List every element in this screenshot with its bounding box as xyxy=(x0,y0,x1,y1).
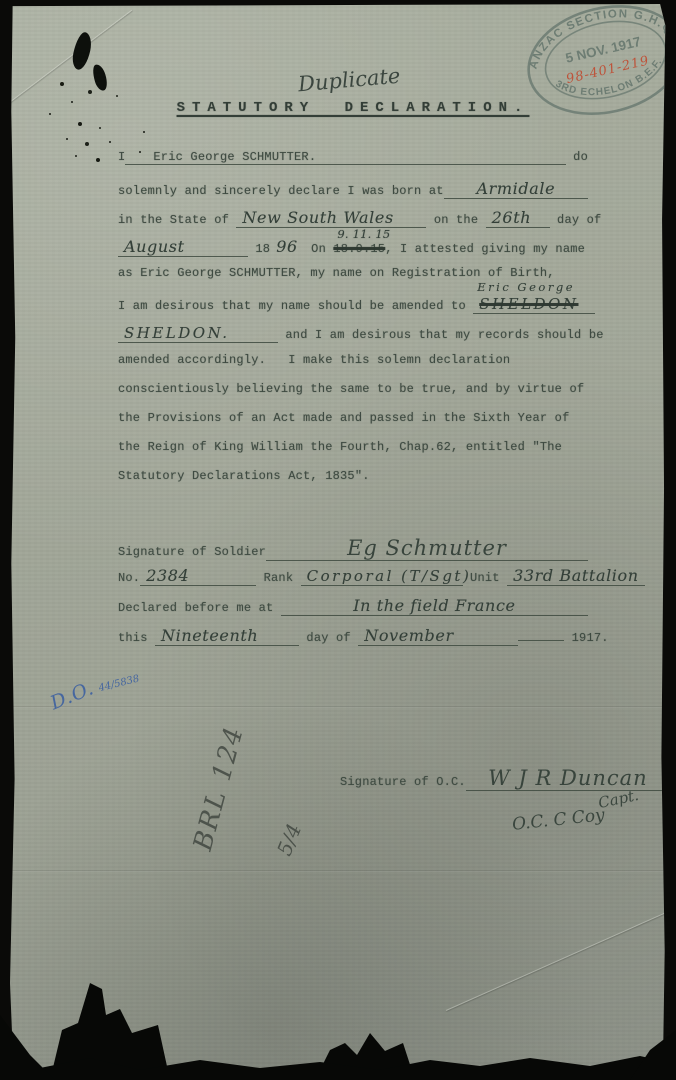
signature-block: Signature of SoldierEg SchmutterNo.2384 … xyxy=(118,536,588,656)
soldier-signature-label: Signature of Soldier xyxy=(118,545,266,559)
document-line: Statutory Declarations Act, 1835". xyxy=(118,469,588,498)
pronoun-typed: I xyxy=(118,150,125,164)
struck-amended-name: SHELDONEric George xyxy=(473,295,595,314)
declarant-name-entry: Eric George SCHMUTTER. xyxy=(125,150,565,165)
typed-text: I am desirous that my name should be ame… xyxy=(118,299,473,313)
document-line: No.2384 Rank Corporal (T/Sgt) Unit 33rd … xyxy=(118,566,588,596)
document-title: STATUTORY DECLARATION. xyxy=(10,100,666,116)
oc-company-note: O.C. C Coy xyxy=(511,805,605,835)
ink-blot xyxy=(90,63,109,92)
document-line: the Reign of King William the Fourth, Ch… xyxy=(118,440,588,469)
birth-year-entry: 96 xyxy=(270,237,304,256)
document-line: August 1896 On 18.9.159. 11. 15, I attes… xyxy=(118,237,588,266)
blank-underline xyxy=(518,640,564,641)
blue-registry-text: D.O. xyxy=(47,677,97,714)
typed-text: on the xyxy=(426,213,485,227)
typed-text: day of xyxy=(299,631,358,645)
paper-crease xyxy=(4,10,132,107)
corrected-date-entry: 9. 11. 15 xyxy=(337,227,390,241)
blue-registry-number: 44/5838 xyxy=(98,673,141,694)
service-number-label: No. xyxy=(118,571,140,585)
typed-text: and I am desirous that my records should… xyxy=(278,328,604,342)
typed-text: amended accordingly. I make this solemn … xyxy=(118,353,510,367)
typed-text: conscientiously believing the same to be… xyxy=(118,382,584,396)
paper-fold-line xyxy=(10,870,666,871)
scanned-document-page: ANZAC SECTION G.H.Q. 3RD ECHELON B.E.F. … xyxy=(0,0,676,1080)
rank-label: Rank xyxy=(256,571,300,585)
typed-text: , I attested giving my name xyxy=(385,242,585,256)
paper-crease xyxy=(446,888,676,1011)
oc-signature: W J R Duncan xyxy=(466,766,670,791)
declaration-body: IEric George SCHMUTTER. dosolemnly and s… xyxy=(118,150,588,498)
typed-text: as Eric George SCHMUTTER, my name on Reg… xyxy=(118,266,555,280)
soldier-signature: Eg Schmutter xyxy=(266,536,588,561)
duplicate-note: Duplicate xyxy=(297,64,401,97)
amended-name-entry: SHELDON. xyxy=(118,324,278,343)
pencil-scrawl: BRL 124 xyxy=(188,723,250,854)
birthplace-entry: Armidale xyxy=(444,179,588,199)
unit-label: Unit xyxy=(463,571,507,585)
amended-name-correction: Eric George xyxy=(477,280,575,294)
oc-signature-block: Signature of O.C.W J R DuncanCapt. O.C. … xyxy=(340,766,670,796)
document-line: SHELDON. and I am desirous that my recor… xyxy=(118,324,588,353)
typed-text: 18 xyxy=(248,242,270,256)
typed-text: On xyxy=(304,242,334,256)
document-line: conscientiously believing the same to be… xyxy=(118,382,588,411)
document-line: solemnly and sincerely declare I was bor… xyxy=(118,179,588,208)
typed-text: do xyxy=(566,150,588,164)
rank-entry: Corporal (T/Sgt) xyxy=(301,567,463,586)
typed-text: Statutory Declarations Act, 1835". xyxy=(118,469,370,483)
typed-text: in the State of xyxy=(118,213,236,227)
paper-fold-line xyxy=(10,706,666,707)
oc-signature-label: Signature of O.C. xyxy=(340,775,466,789)
document-line: Declared before me at In the field Franc… xyxy=(118,596,588,626)
birth-month-entry: August xyxy=(118,237,248,257)
typed-text: this xyxy=(118,631,155,645)
document-line: amended accordingly. I make this solemn … xyxy=(118,353,588,382)
struck-attestation-date: 18.9.159. 11. 15 xyxy=(333,242,385,256)
state-entry: New South Wales xyxy=(236,208,426,228)
declared-before-label: Declared before me at xyxy=(118,601,281,615)
document-paper: ANZAC SECTION G.H.Q. 3RD ECHELON B.E.F. … xyxy=(10,4,666,1080)
declaration-place-entry: In the field France xyxy=(281,596,588,616)
document-line: this Nineteenth day of November 1917. xyxy=(118,626,588,656)
service-number-entry: 2384 xyxy=(140,566,256,586)
declaration-day-entry: Nineteenth xyxy=(155,626,299,646)
ink-speckles xyxy=(60,82,64,86)
typed-text: the Provisions of an Act made and passed… xyxy=(118,411,569,425)
document-line: the Provisions of an Act made and passed… xyxy=(118,411,588,440)
typed-text: solemnly and sincerely declare I was bor… xyxy=(118,184,444,198)
declaration-year: 1917. xyxy=(564,631,608,645)
pencil-scrawl: 5/4 xyxy=(272,820,306,859)
document-line: IEric George SCHMUTTER. do xyxy=(118,150,588,179)
declaration-month-entry: November xyxy=(358,626,518,646)
document-line: I am desirous that my name should be ame… xyxy=(118,295,588,324)
typed-text: the Reign of King William the Fourth, Ch… xyxy=(118,440,562,454)
day-number-entry: 26th xyxy=(486,208,550,228)
ink-blot xyxy=(70,31,94,71)
document-line: Signature of SoldierEg Schmutter xyxy=(118,536,588,566)
unit-entry: 33rd Battalion xyxy=(507,566,645,586)
typed-text: day of xyxy=(550,213,602,227)
anzac-section-stamp: ANZAC SECTION G.H.Q. 3RD ECHELON B.E.F. … xyxy=(506,0,676,142)
